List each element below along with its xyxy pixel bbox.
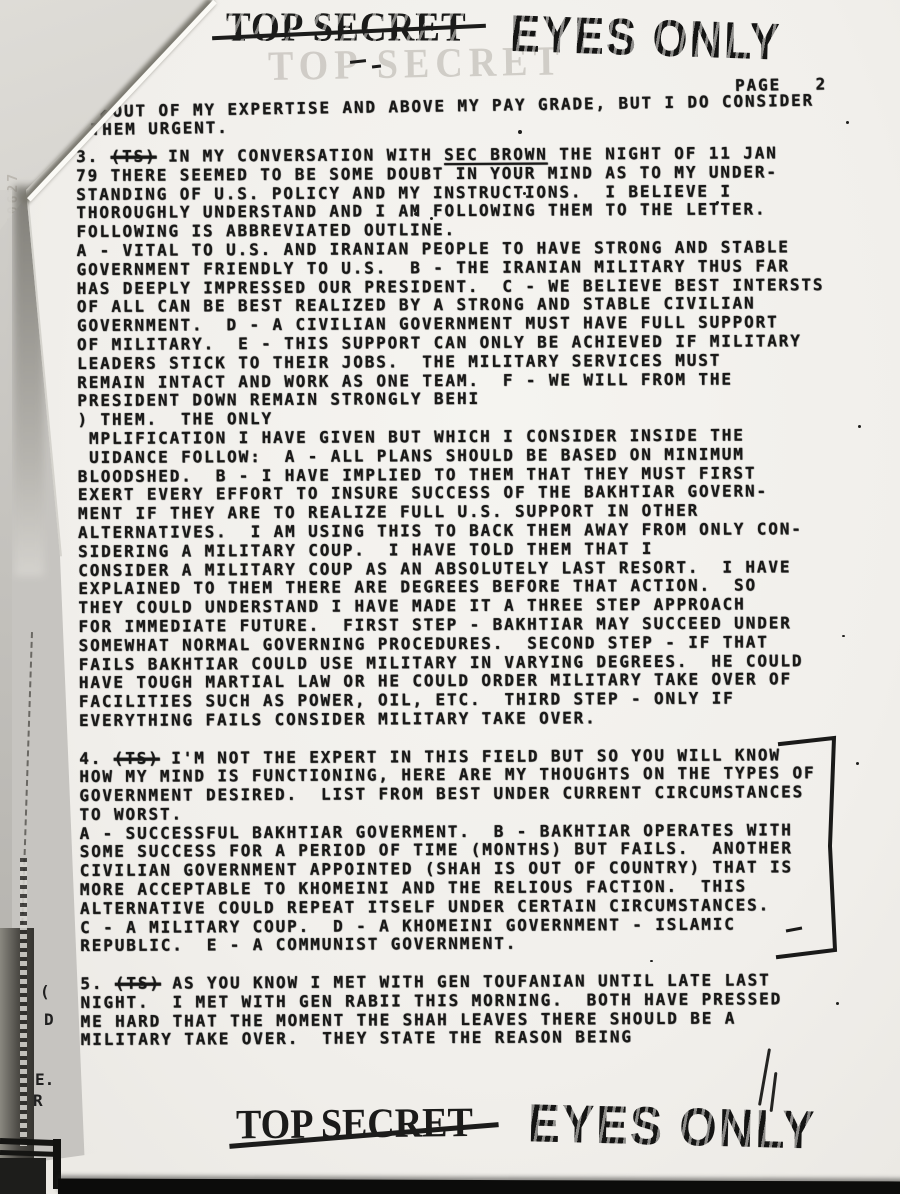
fragment-line: OUT OF MY EXPERTISE AND ABOVE MY PAY GRA… (112, 91, 814, 121)
margin-letter-remnant: R (33, 1091, 43, 1110)
ink-speck (716, 201, 719, 204)
document-photo: 60627 624-2435 TUPUT CD51 T0917 TOP SECR… (0, 0, 900, 1194)
eyes-only-stamp-header: EYES ONLY (509, 4, 782, 72)
ink-speck (518, 130, 522, 134)
ink-speck (836, 1002, 839, 1005)
document-body: 3. (TS) IN MY CONVERSATION WITH SEC BROW… (76, 144, 828, 1050)
pen-slash-mark (758, 1048, 771, 1106)
ink-speck (414, 212, 419, 216)
ink-speck (856, 762, 859, 765)
margin-letter-remnant: D (44, 1010, 54, 1029)
text-line: GOVERNMENT DESIRED. LIST FROM BEST UNDER… (79, 783, 827, 806)
perforation-strip (20, 858, 27, 1146)
ink-speck (523, 192, 526, 195)
page-stack-strip (0, 190, 12, 930)
text-line: MILITARY TAKE OVER. THEY STATE THE REASO… (81, 1028, 829, 1051)
margin-letter-remnant: ( (40, 982, 50, 1001)
page-stack-corner (0, 1158, 46, 1194)
eyes-only-stamp-footer: EYES ONLY (527, 1093, 817, 1162)
ink-speck (842, 635, 845, 637)
ink-speck (700, 250, 702, 252)
ink-speck (858, 425, 861, 428)
margin-letter-remnant: E. (35, 1070, 54, 1089)
fragment-line: THEM URGENT. (91, 118, 229, 139)
document-page: TOP SECRET TOP SECRET EYES ONLY PAGE 2 O… (0, 0, 900, 1194)
ink-speck (846, 121, 849, 124)
photo-bottom-shadow-bar (58, 1178, 900, 1194)
ink-speck (650, 960, 653, 962)
ink-speck (430, 217, 433, 220)
